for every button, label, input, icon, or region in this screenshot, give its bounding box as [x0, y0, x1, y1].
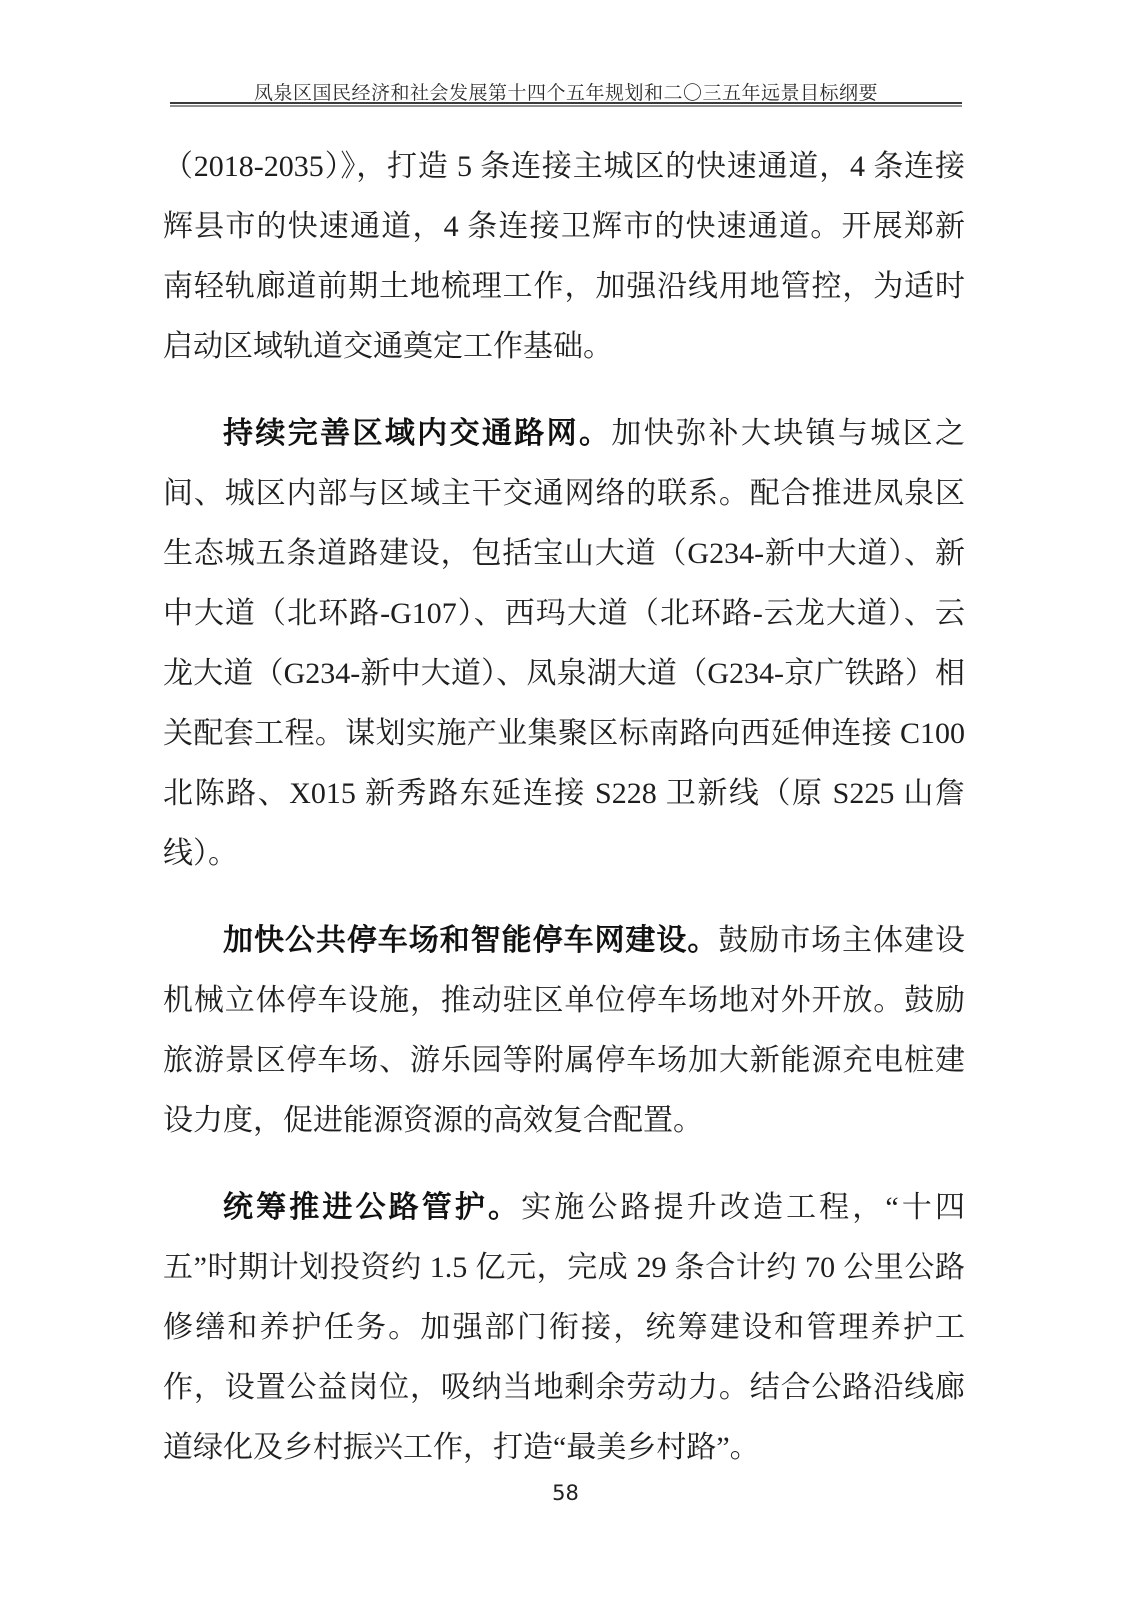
paragraph-lead-heading: 持续完善区域内交通路网。 — [223, 417, 611, 450]
running-header-title: 凤泉区国民经济和社会发展第十四个五年规划和二〇三五年远景目标纲要 — [170, 78, 962, 105]
paragraph-lead-heading: 加快公共停车场和智能停车网建设。 — [223, 924, 718, 957]
paragraph-road-network: 持续完善区域内交通路网。加快弥补大块镇与城区之间、城区内部与区域主干交通网络的联… — [163, 404, 965, 884]
paragraph-lead-heading: 统筹推进公路管护。 — [223, 1191, 521, 1224]
paragraph-text: （2018-2035）》，打造 5 条连接主城区的快速通道，4 条连接辉县市的快… — [163, 150, 965, 363]
header-divider-rule — [170, 102, 962, 107]
paragraph-parking: 加快公共停车场和智能停车网建设。鼓励市场主体建设机械立体停车设施，推动驻区单位停… — [163, 911, 965, 1151]
paragraph-text: 实施公路提升改造工程，“十四五”时期计划投资约 1.5 亿元，完成 29 条合计… — [163, 1191, 965, 1464]
paragraph-continuation: （2018-2035）》，打造 5 条连接主城区的快速通道，4 条连接辉县市的快… — [163, 137, 965, 377]
page-number: 58 — [0, 1481, 1131, 1505]
paragraph-text: 加快弥补大块镇与城区之间、城区内部与区域主干交通网络的联系。配合推进凤泉区生态城… — [163, 417, 965, 870]
paragraph-highway-maintenance: 统筹推进公路管护。实施公路提升改造工程，“十四五”时期计划投资约 1.5 亿元，… — [163, 1178, 965, 1478]
document-page: 凤泉区国民经济和社会发展第十四个五年规划和二〇三五年远景目标纲要 （2018-2… — [0, 0, 1131, 1600]
document-body: （2018-2035）》，打造 5 条连接主城区的快速通道，4 条连接辉县市的快… — [163, 137, 965, 1478]
